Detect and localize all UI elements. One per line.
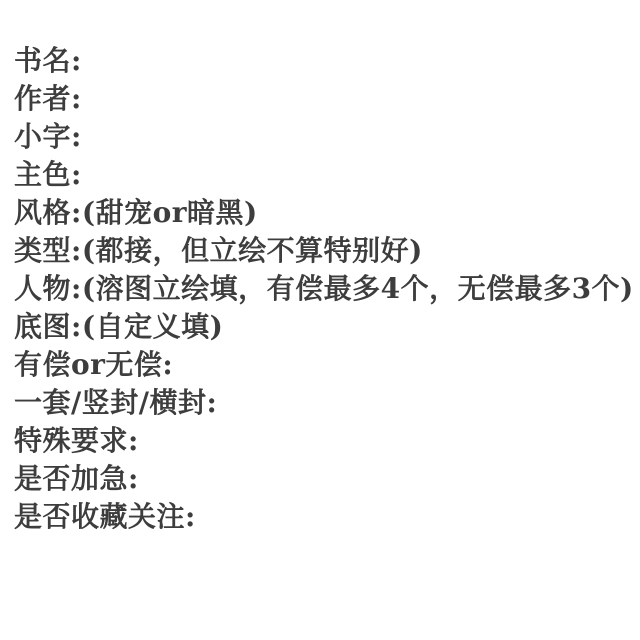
- field-book-name: 书名:: [14, 42, 634, 80]
- field-special-requests: 特殊要求:: [14, 422, 634, 460]
- field-favorite-follow: 是否收藏关注:: [14, 498, 634, 536]
- field-rush-or-not: 是否加急:: [14, 460, 634, 498]
- field-small-text: 小字:: [14, 118, 634, 156]
- field-set-covers: 一套/竖封/横封:: [14, 384, 634, 422]
- field-style: 风格:(甜宠or暗黑): [14, 194, 634, 232]
- field-main-color: 主色:: [14, 156, 634, 194]
- field-base-image: 底图:(自定义填): [14, 308, 634, 346]
- field-characters: 人物:(溶图立绘填，有偿最多4个，无偿最多3个): [14, 270, 634, 308]
- field-author: 作者:: [14, 80, 634, 118]
- field-paid-or-free: 有偿or无偿:: [14, 346, 634, 384]
- commission-form-text: 书名: 作者: 小字: 主色: 风格:(甜宠or暗黑) 类型:(都接，但立绘不算…: [14, 42, 634, 536]
- field-type: 类型:(都接，但立绘不算特别好): [14, 232, 634, 270]
- page-canvas: 书名: 作者: 小字: 主色: 风格:(甜宠or暗黑) 类型:(都接，但立绘不算…: [0, 0, 640, 640]
